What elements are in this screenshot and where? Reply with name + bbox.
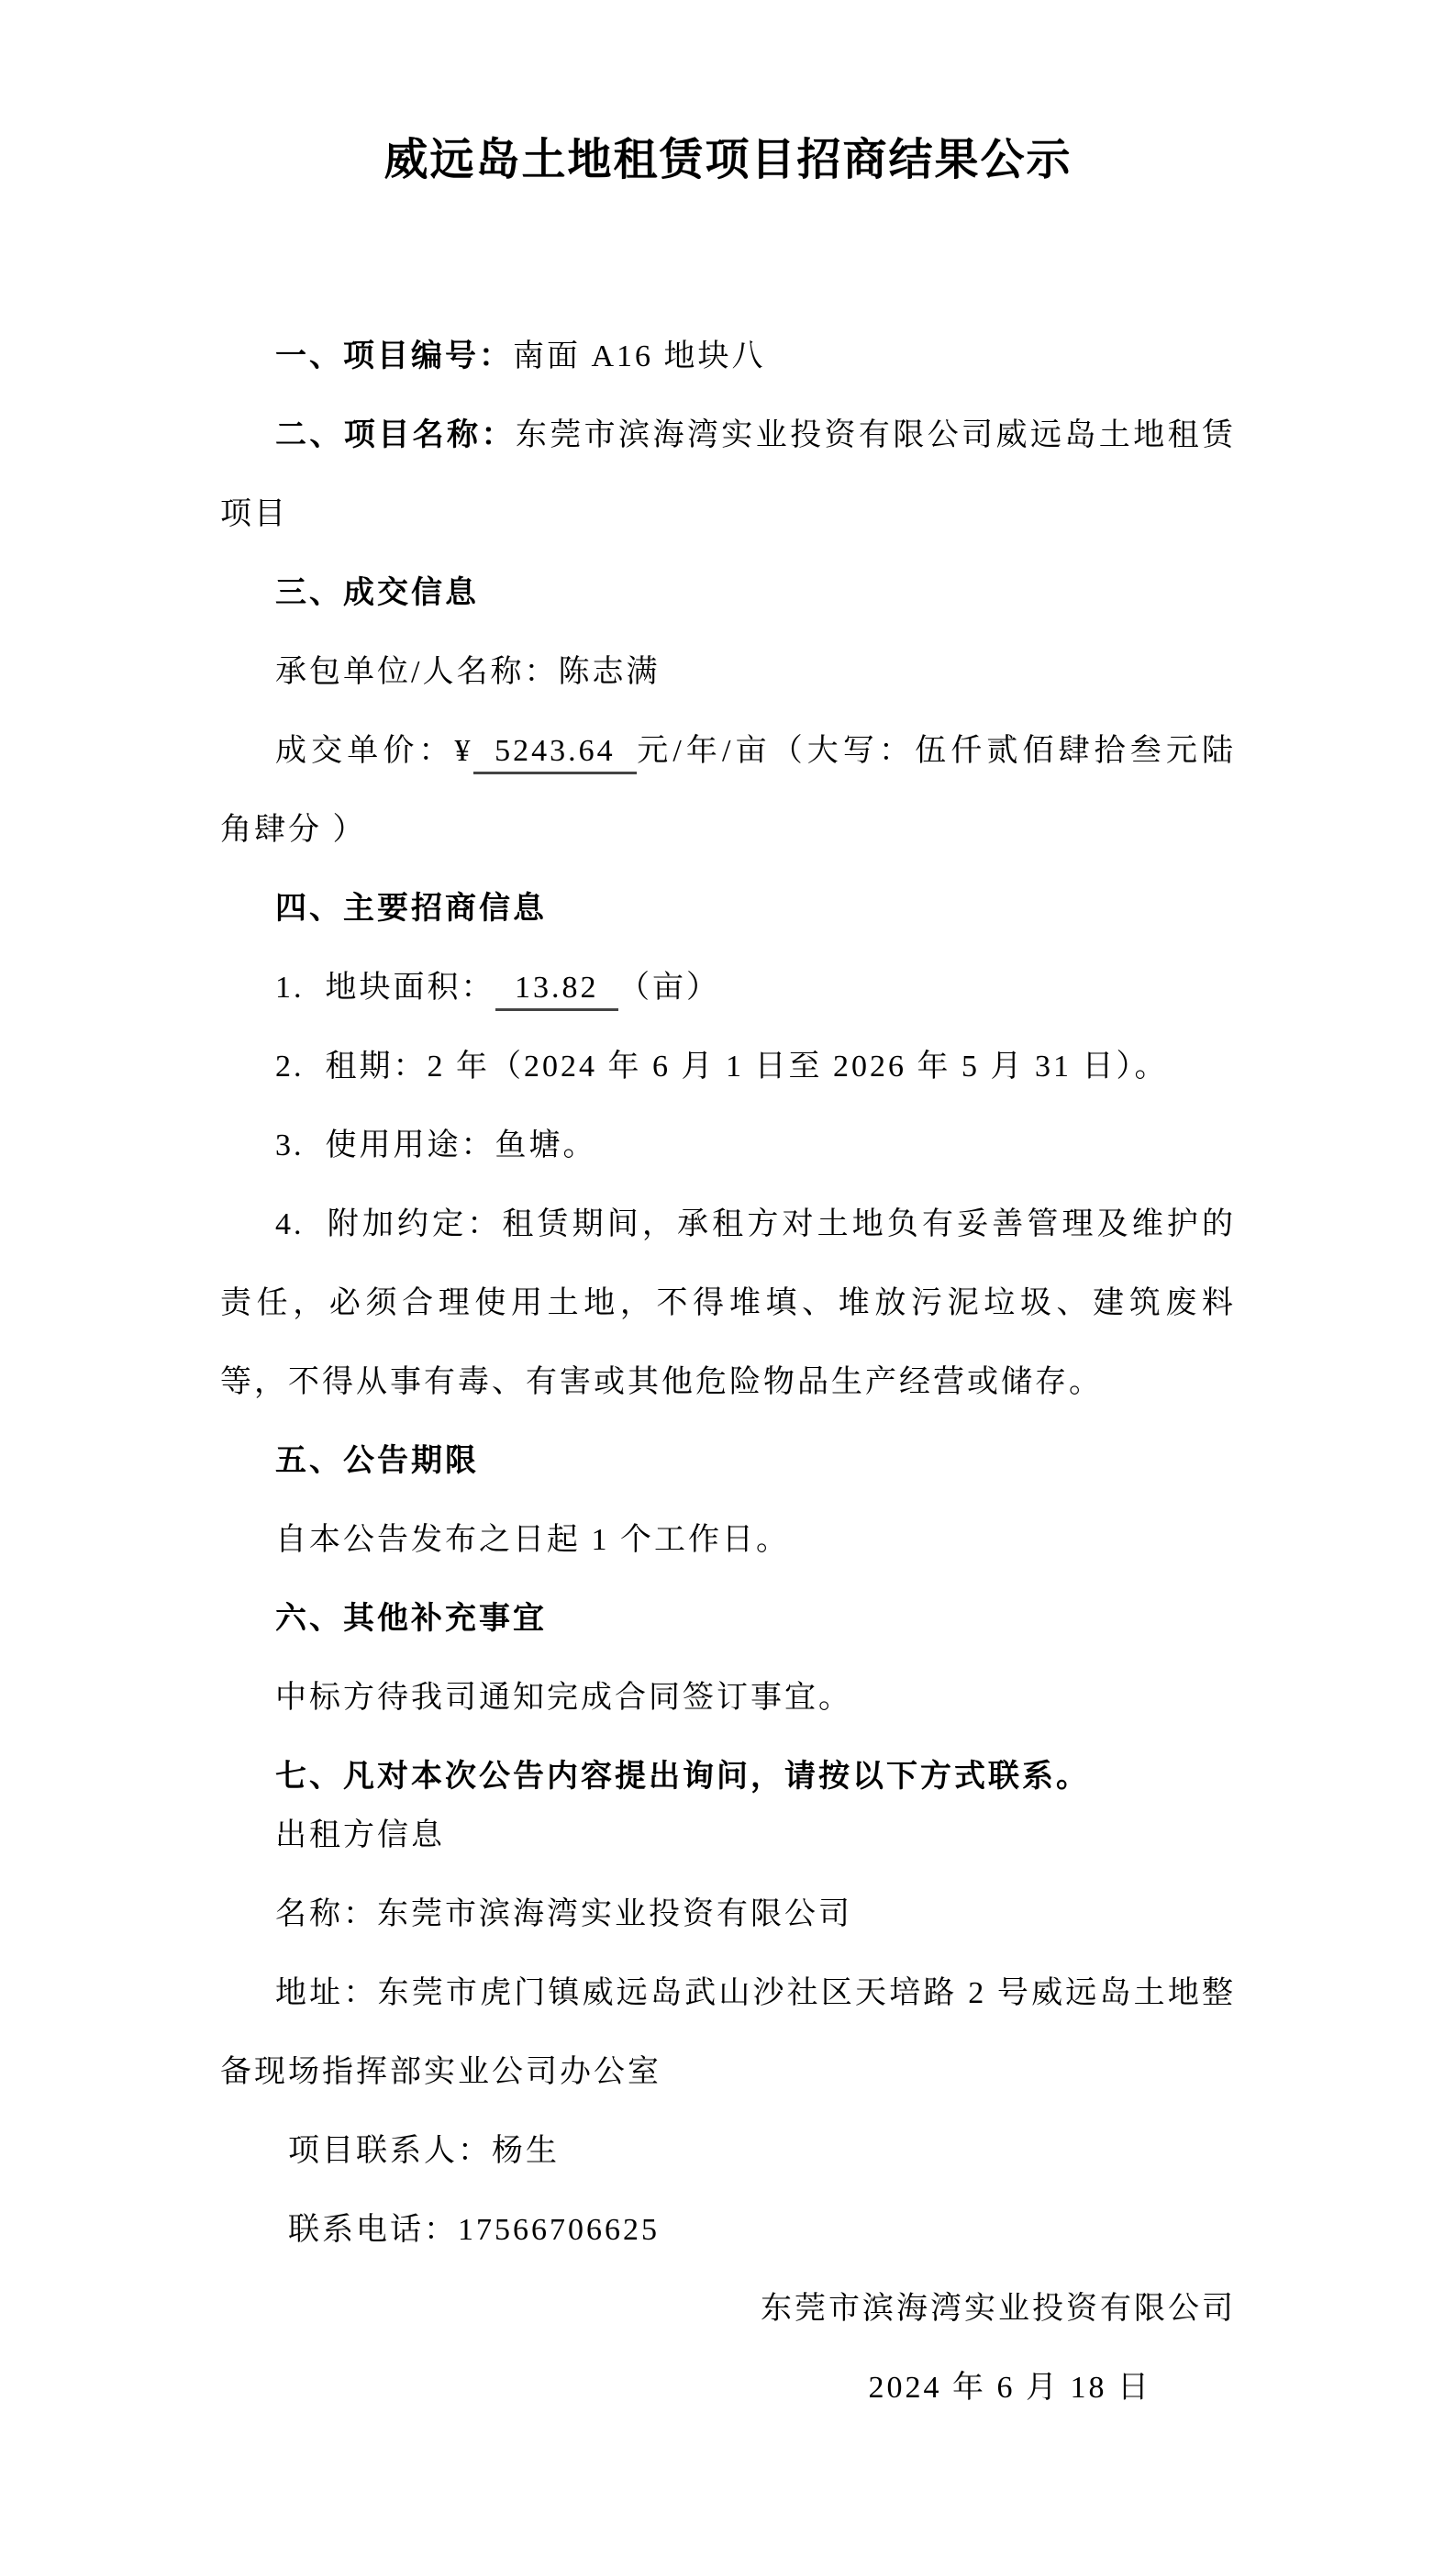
area-value-underlined: 13.82	[495, 971, 619, 1011]
line-lessor-address-1: 地址：东莞市虎门镇威远岛武山沙社区天培路 2 号威远岛土地整	[220, 1954, 1236, 2033]
heading-other-matters: 六、其他补充事宜	[220, 1580, 1236, 1659]
project-number-label: 一、项目编号：	[275, 339, 513, 373]
project-name-value-cont: 项目	[220, 497, 288, 531]
signature-company-text: 东莞市滨海湾实业投资有限公司	[761, 2292, 1236, 2326]
line-project-number: 一、项目编号：南面 A16 地块八	[220, 317, 1236, 396]
project-name-label: 二、项目名称：	[275, 418, 516, 452]
line-item-term: 2. 租期：2 年（2024 年 6 月 1 日至 2026 年 5 月 31 …	[220, 1028, 1236, 1106]
line-project-name: 二、项目名称：东莞市滨海湾实业投资有限公司威远岛土地租赁	[220, 396, 1236, 475]
price-suffix: 元/年/亩（大写：伍仟贰佰肆拾叁元陆	[637, 734, 1236, 768]
extra-text-3: 等，不得从事有毒、有害或其他危险物品生产经营或储存。	[220, 1365, 1103, 1399]
notice-period-heading: 五、公告期限	[275, 1444, 479, 1478]
line-notice-period-body: 自本公告发布之日起 1 个工作日。	[220, 1501, 1236, 1580]
line-signature-date: 2024 年 6 月 18 日	[220, 2349, 1236, 2428]
contact-phone-text: 联系电话：17566706625	[288, 2213, 660, 2247]
document-page: 威远岛土地租赁项目招商结果公示 一、项目编号：南面 A16 地块八 二、项目名称…	[0, 0, 1456, 2568]
signature-date-text: 2024 年 6 月 18 日	[869, 2371, 1152, 2405]
line-contact-phone: 联系电话：17566706625	[220, 2191, 1236, 2270]
line-item-area: 1. 地块面积： 13.82 （亩）	[220, 949, 1236, 1028]
line-item-extra-1: 4. 附加约定：租赁期间，承租方对土地负有妥善管理及维护的	[220, 1185, 1236, 1264]
contact-heading: 七、凡对本次公告内容提出询问，请按以下方式联系。	[275, 1760, 1090, 1794]
area-suffix: （亩）	[618, 971, 720, 1005]
usage-text: 3. 使用用途：鱼塘。	[275, 1128, 597, 1162]
price-prefix: 成交单价：¥	[275, 734, 473, 768]
line-contractor: 承包单位/人名称：陈志满	[220, 633, 1236, 712]
line-lessor-address-2: 备现场指挥部实业公司办公室	[220, 2033, 1236, 2112]
area-prefix: 1. 地块面积：	[275, 971, 495, 1005]
line-item-usage: 3. 使用用途：鱼塘。	[220, 1106, 1236, 1185]
heading-notice-period: 五、公告期限	[220, 1422, 1236, 1501]
price-value-underlined: 5243.64	[473, 734, 638, 774]
project-number-value: 南面 A16 地块八	[513, 339, 766, 373]
project-name-value: 东莞市滨海湾实业投资有限公司威远岛土地租赁	[516, 418, 1236, 452]
term-text: 2. 租期：2 年（2024 年 6 月 1 日至 2026 年 5 月 31 …	[275, 1050, 1169, 1084]
lessor-address-text-2: 备现场指挥部实业公司办公室	[220, 2055, 661, 2089]
heading-deal-info: 三、成交信息	[220, 554, 1236, 633]
line-deal-price-cont: 角肆分 ）	[220, 791, 1236, 870]
lessor-address-text-1: 地址：东莞市虎门镇威远岛武山沙社区天培路 2 号威远岛土地整	[275, 1976, 1236, 2010]
notice-period-text: 自本公告发布之日起 1 个工作日。	[275, 1523, 790, 1557]
other-matters-text: 中标方待我司通知完成合同签订事宜。	[275, 1681, 852, 1715]
price-cont-text: 角肆分 ）	[220, 813, 367, 847]
line-project-name-cont: 项目	[220, 475, 1236, 554]
line-other-matters-body: 中标方待我司通知完成合同签订事宜。	[220, 1659, 1236, 1738]
doc-title: 威远岛土地租赁项目招商结果公示	[220, 128, 1236, 193]
heading-main-info: 四、主要招商信息	[220, 870, 1236, 949]
deal-info-heading: 三、成交信息	[275, 576, 479, 610]
line-item-extra-3: 等，不得从事有毒、有害或其他危险物品生产经营或储存。	[220, 1343, 1236, 1422]
other-matters-heading: 六、其他补充事宜	[275, 1602, 547, 1636]
lessor-name-text: 名称：东莞市滨海湾实业投资有限公司	[275, 1897, 852, 1931]
line-contact-person: 项目联系人：杨生	[220, 2112, 1236, 2191]
contact-person-text: 项目联系人：杨生	[288, 2134, 560, 2168]
line-deal-price: 成交单价：¥ 5243.64 元/年/亩（大写：伍仟贰佰肆拾叁元陆	[220, 712, 1236, 791]
line-signature-company: 东莞市滨海湾实业投资有限公司	[220, 2270, 1236, 2349]
extra-text-1: 4. 附加约定：租赁期间，承租方对土地负有妥善管理及维护的	[275, 1207, 1236, 1241]
extra-text-2: 责任，必须合理使用土地，不得堆填、堆放污泥垃圾、建筑废料	[220, 1286, 1236, 1320]
main-info-heading: 四、主要招商信息	[275, 892, 547, 926]
lessor-info-text: 出租方信息	[275, 1818, 445, 1852]
contractor-text: 承包单位/人名称：陈志满	[275, 655, 660, 689]
line-lessor-name: 名称：东莞市滨海湾实业投资有限公司	[220, 1875, 1236, 1954]
line-item-extra-2: 责任，必须合理使用土地，不得堆填、堆放污泥垃圾、建筑废料	[220, 1264, 1236, 1343]
